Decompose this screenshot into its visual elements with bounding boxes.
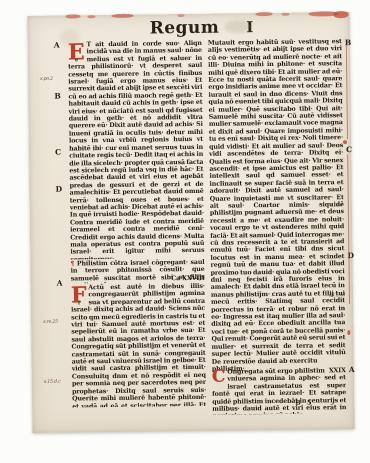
chapter-28-label: Ca·XXVIII bbox=[171, 274, 205, 282]
margin-note: dd.15.d bbox=[329, 293, 345, 298]
red-edge-dot bbox=[347, 330, 350, 335]
margin-note: s.po.2 bbox=[40, 77, 53, 82]
margin-note: s.re.25 bbox=[43, 320, 58, 325]
margin-letter: C bbox=[55, 148, 61, 157]
right-column-chapter-28-continued: Mutauit ergo habitū suū· vestitusq est a… bbox=[208, 38, 346, 358]
chapter-29-text: Ongregata sūt ergo philistim vniuersa ag… bbox=[212, 367, 346, 414]
red-edge-dot bbox=[343, 140, 347, 144]
chapter-27-text: T ait dauid in corde suo· Aliqn incidā v… bbox=[68, 40, 204, 260]
chapter-28-summary: ¶ Philistim cōtra israel cōgregant· saul… bbox=[70, 259, 204, 284]
book-page: RegumI Ee T ait dauid in corde suo· Aliq… bbox=[27, 12, 354, 433]
quire-signature: B 5 bbox=[295, 399, 313, 407]
chapter-28-text: Actū est autē in diebus illis· congregau… bbox=[71, 283, 206, 408]
left-column-chapter-28: FfActū est autē in diebus illis· congreg… bbox=[71, 283, 206, 408]
red-edge-streak bbox=[347, 154, 350, 304]
margin-note: s.15.d bbox=[330, 203, 343, 208]
red-edge-stain bbox=[111, 14, 133, 18]
margin-letter: D bbox=[56, 185, 63, 194]
red-edge-stain bbox=[177, 14, 184, 17]
red-edge-stain bbox=[87, 15, 95, 18]
guide-letter: f bbox=[78, 293, 80, 313]
right-column-chapter-29: XXIX COngregata sūt ergo philistim vniue… bbox=[212, 367, 347, 415]
red-edge-stain bbox=[255, 12, 272, 16]
margin-letter: C bbox=[346, 145, 352, 154]
chapter-28-continued-text: Mutauit ergo habitū suū· vestitusq est a… bbox=[208, 38, 346, 358]
lombard-initial-C: C bbox=[212, 369, 228, 385]
red-edge-streak bbox=[345, 44, 348, 139]
red-pilcrow-icon: ¶ bbox=[70, 260, 74, 267]
red-edge-stain bbox=[65, 14, 80, 18]
margin-letter: A bbox=[57, 279, 63, 288]
scanned-book-photo: RegumI Ee T ait dauid in corde suo· Aliq… bbox=[0, 0, 370, 463]
margin-note: s.15.d.c bbox=[44, 380, 61, 385]
lombard-initial-F: Ff bbox=[71, 284, 89, 305]
lombard-initial-E: Ee bbox=[68, 41, 87, 62]
header-book-title: Regum bbox=[150, 18, 220, 39]
margin-letter: A bbox=[54, 41, 60, 50]
guide-letter: e bbox=[75, 50, 78, 70]
red-edge-stain bbox=[281, 13, 289, 16]
margin-letter: A bbox=[349, 365, 355, 374]
margin-letter: B bbox=[54, 92, 60, 101]
left-column-chapter-27: Ee T ait dauid in corde suo· Aliqn incid… bbox=[68, 40, 205, 260]
red-edge-stain-corner bbox=[333, 11, 348, 18]
